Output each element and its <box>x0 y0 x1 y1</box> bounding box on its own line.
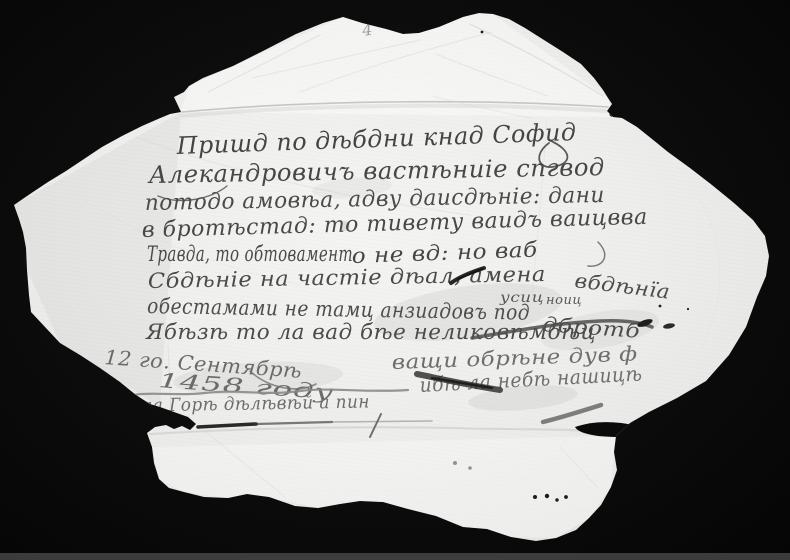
scanner-background: Пришд по дѣбдни кнад Софид Алекандровичъ… <box>0 0 790 560</box>
handwritten-line-05a: Травда, то обтовамент <box>147 242 353 266</box>
scan-edge-strip <box>0 553 790 560</box>
handwritten-line-07b: ноиц <box>546 293 582 308</box>
handwritten-line-08: Ябѣзѣ то ла вад бѣе неликовѣмбѣц <box>145 320 596 344</box>
manuscript-scan: Пришд по дѣбдни кнад Софид Алекандровичъ… <box>0 0 790 560</box>
